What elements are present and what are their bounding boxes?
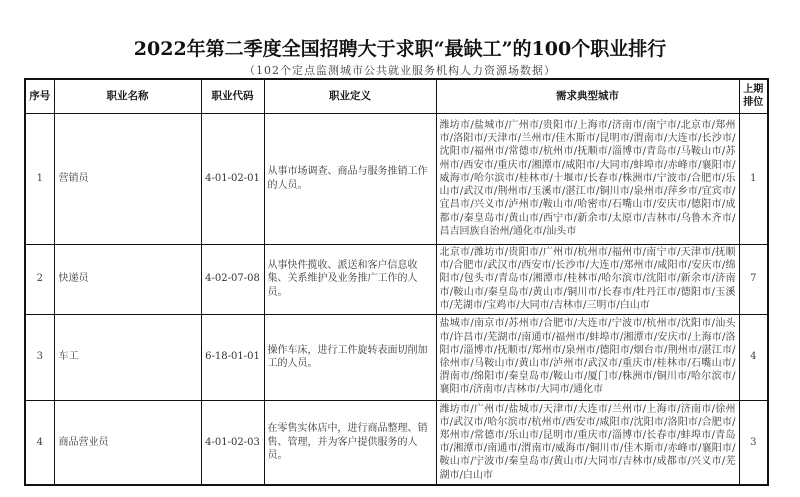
row-previous-rank: 4 xyxy=(739,314,768,400)
row-cities: 潍坊市/盐城市/广州市/贵阳市/上海市/济南市/南宁市/北京市/郑州市/洛阳市/… xyxy=(436,113,739,244)
row-definition: 从事快件揽收、派送和客户信息收集、关系维护及业务推广工作的人员。 xyxy=(264,244,436,314)
row-occupation-code: 4-01-02-03 xyxy=(201,400,264,485)
row-index: 3 xyxy=(25,314,54,400)
row-previous-rank: 7 xyxy=(739,244,768,314)
row-occupation-code: 4-01-02-01 xyxy=(201,113,264,244)
table-header-row: 序号 职业名称 职业代码 职业定义 需求典型城市 上期排位 xyxy=(25,79,768,113)
table-row: 2 快递员 4-02-07-08 从事快件揽收、派送和客户信息收集、关系维护及业… xyxy=(25,244,768,314)
row-cities: 北京市/潍坊市/贵阳市/广州市/杭州市/福州市/南宁市/天津市/抚顺市/合肥市/… xyxy=(436,244,739,314)
row-occupation-code: 6-18-01-01 xyxy=(201,314,264,400)
row-previous-rank: 1 xyxy=(739,113,768,244)
row-index: 2 xyxy=(25,244,54,314)
header-code: 职业代码 xyxy=(201,79,264,113)
table-row: 3 车工 6-18-01-01 操作车床，进行工件旋转表面切削加工的人员。 盐城… xyxy=(25,314,768,400)
header-name: 职业名称 xyxy=(54,79,201,113)
header-index: 序号 xyxy=(25,79,54,113)
header-cities: 需求典型城市 xyxy=(436,79,739,113)
row-previous-rank: 3 xyxy=(739,400,768,485)
row-definition: 操作车床，进行工件旋转表面切削加工的人员。 xyxy=(264,314,436,400)
header-definition: 职业定义 xyxy=(264,79,436,113)
row-definition: 在零售实体店中，进行商品整理、销售、管理，并为客户提供服务的人员。 xyxy=(264,400,436,485)
document-subtitle: （102个定点监测城市公共就业服务机构人力资源场数据） xyxy=(0,62,800,78)
row-index: 1 xyxy=(25,113,54,244)
row-cities: 潍坊市/广州市/盐城市/天津市/大连市/兰州市/上海市/济南市/徐州市/武汉市/… xyxy=(436,400,739,485)
header-previous-rank: 上期排位 xyxy=(739,79,768,113)
document-title: 2022年第二季度全国招聘大于求职“最缺工”的100个职业排行 xyxy=(0,34,800,61)
table-row: 4 商品营业员 4-01-02-03 在零售实体店中，进行商品整理、销售、管理，… xyxy=(25,400,768,485)
row-occupation-code: 4-02-07-08 xyxy=(201,244,264,314)
row-definition: 从事市场调查、商品与服务推销工作的人员。 xyxy=(264,113,436,244)
table-row: 1 营销员 4-01-02-01 从事市场调查、商品与服务推销工作的人员。 潍坊… xyxy=(25,113,768,244)
row-occupation-name: 商品营业员 xyxy=(54,400,201,485)
row-occupation-name: 营销员 xyxy=(54,113,201,244)
row-occupation-name: 快递员 xyxy=(54,244,201,314)
row-index: 4 xyxy=(25,400,54,485)
row-occupation-name: 车工 xyxy=(54,314,201,400)
occupation-ranking-table: 序号 职业名称 职业代码 职业定义 需求典型城市 上期排位 1 营销员 4-01… xyxy=(24,78,769,486)
row-cities: 盐城市/南京市/苏州市/合肥市/大连市/宁波市/杭州市/沈阳市/汕头市/许昌市/… xyxy=(436,314,739,400)
